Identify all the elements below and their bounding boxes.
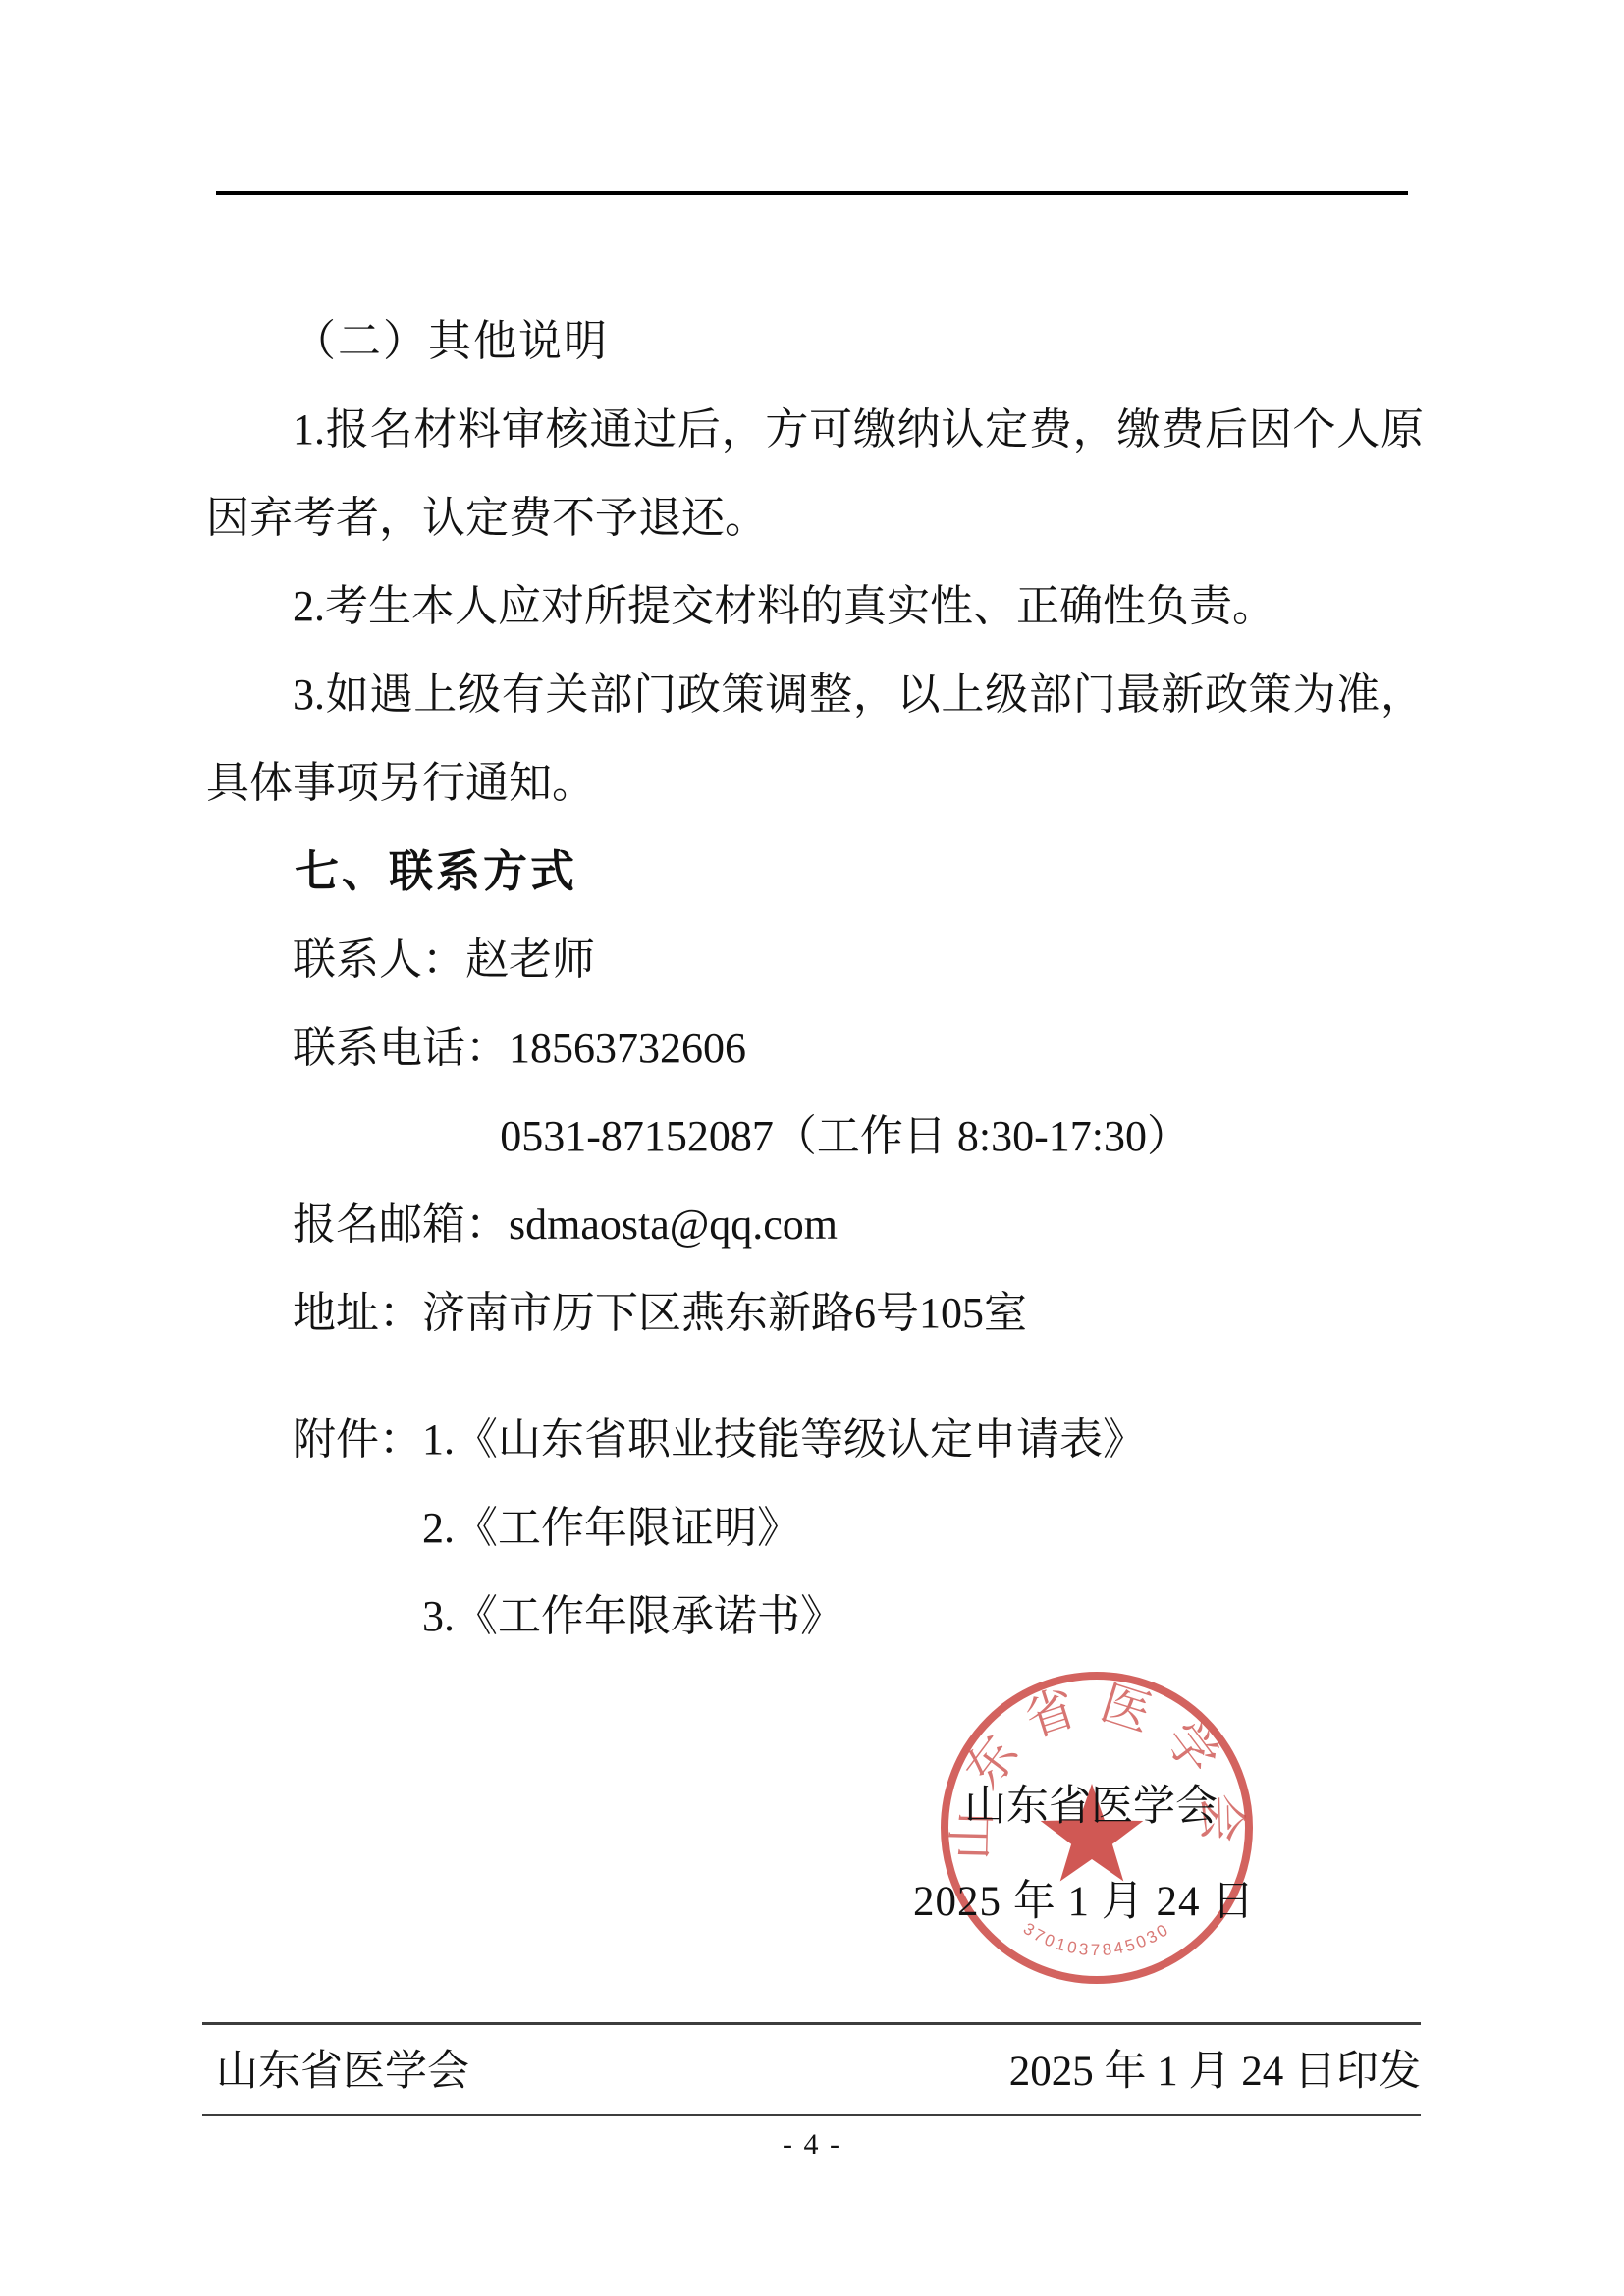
- attachment-line-1: 附件：1.《山东省职业技能等级认定申请表》: [206, 1396, 1424, 1484]
- document-page: （二）其他说明 1.报名材料审核通过后，方可缴纳认定费，缴费后因个人原 因弃考者…: [0, 0, 1624, 2296]
- paragraph-2: 2.考生本人应对所提交材料的真实性、正确性负责。: [206, 562, 1424, 651]
- paragraph-1-line-2: 因弃考者，认定费不予退还。: [206, 474, 1424, 562]
- header-rule: [216, 191, 1408, 195]
- paragraph-3-line-2: 具体事项另行通知。: [206, 739, 1424, 828]
- contact-email-line: 报名邮箱：sdmaosta@qq.com: [206, 1181, 1424, 1269]
- attachment-line-2: 2.《工作年限证明》: [206, 1484, 1424, 1573]
- footer-organization: 山东省医学会: [202, 2029, 469, 2115]
- section-heading-other-notes: （二）其他说明: [206, 297, 1424, 386]
- contact-phone2-line: 0531-87152087（工作日 8:30-17:30）: [206, 1093, 1424, 1181]
- footer-issue-date: 2025 年 1 月 24 日印发: [1009, 2029, 1421, 2115]
- footer-row: 山东省医学会 2025 年 1 月 24 日印发: [202, 2029, 1421, 2115]
- signature-organization: 山东省医学会: [964, 1773, 1218, 1833]
- section-heading-contact: 七、联系方式: [206, 828, 1424, 916]
- attachment-line-3: 3.《工作年限承诺书》: [206, 1573, 1424, 1661]
- paragraph-3-line-1: 3.如遇上级有关部门政策调整，以上级部门最新政策为准，: [206, 651, 1424, 739]
- signature-date: 2025 年 1 月 24 日: [913, 1868, 1255, 1928]
- footer-rule-bottom: [202, 2114, 1421, 2116]
- contact-phone-line: 联系电话：18563732606: [206, 1004, 1424, 1093]
- document-body: （二）其他说明 1.报名材料审核通过后，方可缴纳认定费，缴费后因个人原 因弃考者…: [206, 297, 1424, 1661]
- contact-address-line: 地址：济南市历下区燕东新路6号105室: [206, 1269, 1424, 1358]
- footer-rule-top: [202, 2022, 1421, 2025]
- page-number: - 4 -: [0, 2128, 1624, 2162]
- contact-person-line: 联系人：赵老师: [206, 916, 1424, 1004]
- paragraph-1-line-1: 1.报名材料审核通过后，方可缴纳认定费，缴费后因个人原: [206, 386, 1424, 474]
